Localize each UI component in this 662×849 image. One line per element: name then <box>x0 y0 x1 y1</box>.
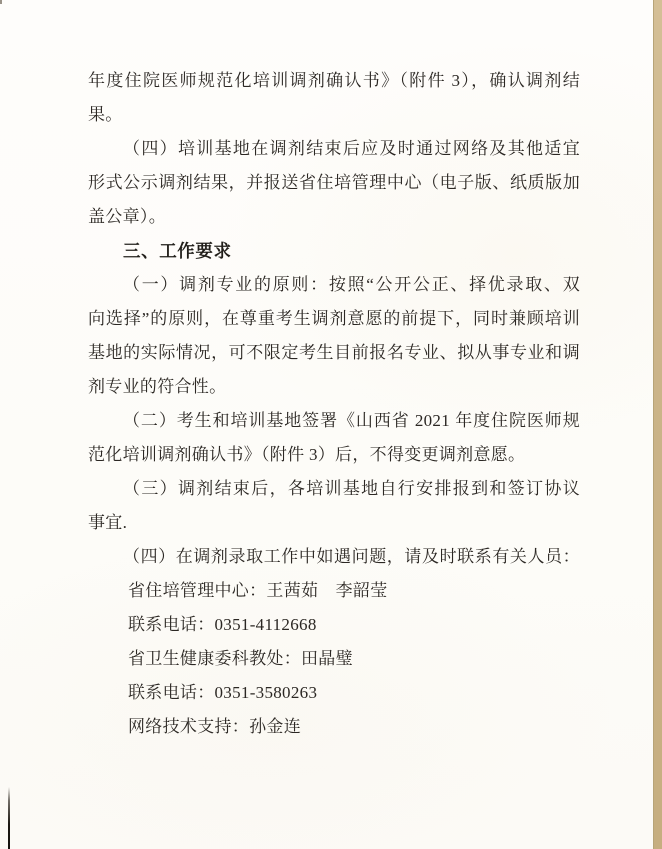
document-line: （四）在调剂录取工作中如遇问题，请及时联系有关人员： <box>88 540 580 574</box>
document-line: 形式公示调剂结果，并报送省住培管理中心（电子版、纸质版加 <box>88 166 580 200</box>
document-line: 果。 <box>88 98 580 132</box>
document-line: 事宜. <box>88 506 580 540</box>
scanned-document-page: 年度住院医师规范化培训调剂确认书》（附件 3），确认调剂结 果。 （四）培训基地… <box>0 0 662 849</box>
contact-line-health-committee: 省卫生健康委科教处：田晶璧 <box>88 642 580 676</box>
contact-line-phone-2: 联系电话：0351-3580263 <box>88 676 580 710</box>
contact-line-phone-1: 联系电话：0351-4112668 <box>88 608 580 642</box>
document-line: 盖公章）。 <box>88 200 580 234</box>
section-heading-work-requirements: 三、工作要求 <box>88 234 580 268</box>
document-text-block: 年度住院医师规范化培训调剂确认书》（附件 3），确认调剂结 果。 （四）培训基地… <box>88 64 580 744</box>
document-line: 剂专业的符合性。 <box>88 370 580 404</box>
scan-speck <box>0 0 2 4</box>
contact-line-admin-center: 省住培管理中心：王茜茹 李韶莹 <box>88 574 580 608</box>
document-line: （四）培训基地在调剂结束后应及时通过网络及其他适宜 <box>88 132 580 166</box>
document-line: 基地的实际情况，可不限定考生目前报名专业、拟从事专业和调 <box>88 336 580 370</box>
document-line: （二）考生和培训基地签署《山西省 2021 年度住院医师规 <box>88 404 580 438</box>
document-line: （一）调剂专业的原则：按照“公开公正、择优录取、双 <box>88 268 580 302</box>
scan-artifact-line <box>8 787 10 849</box>
document-line: 年度住院医师规范化培训调剂确认书》（附件 3），确认调剂结 <box>88 64 580 98</box>
document-line: 向选择”的原则，在尊重考生调剂意愿的前提下，同时兼顾培训 <box>88 302 580 336</box>
scan-edge-strip <box>653 0 662 849</box>
document-line: 范化培训调剂确认书》（附件 3）后，不得变更调剂意愿。 <box>88 438 580 472</box>
contact-line-tech-support: 网络技术支持：孙金连 <box>88 710 580 744</box>
document-line: （三）调剂结束后，各培训基地自行安排报到和签订协议 <box>88 472 580 506</box>
